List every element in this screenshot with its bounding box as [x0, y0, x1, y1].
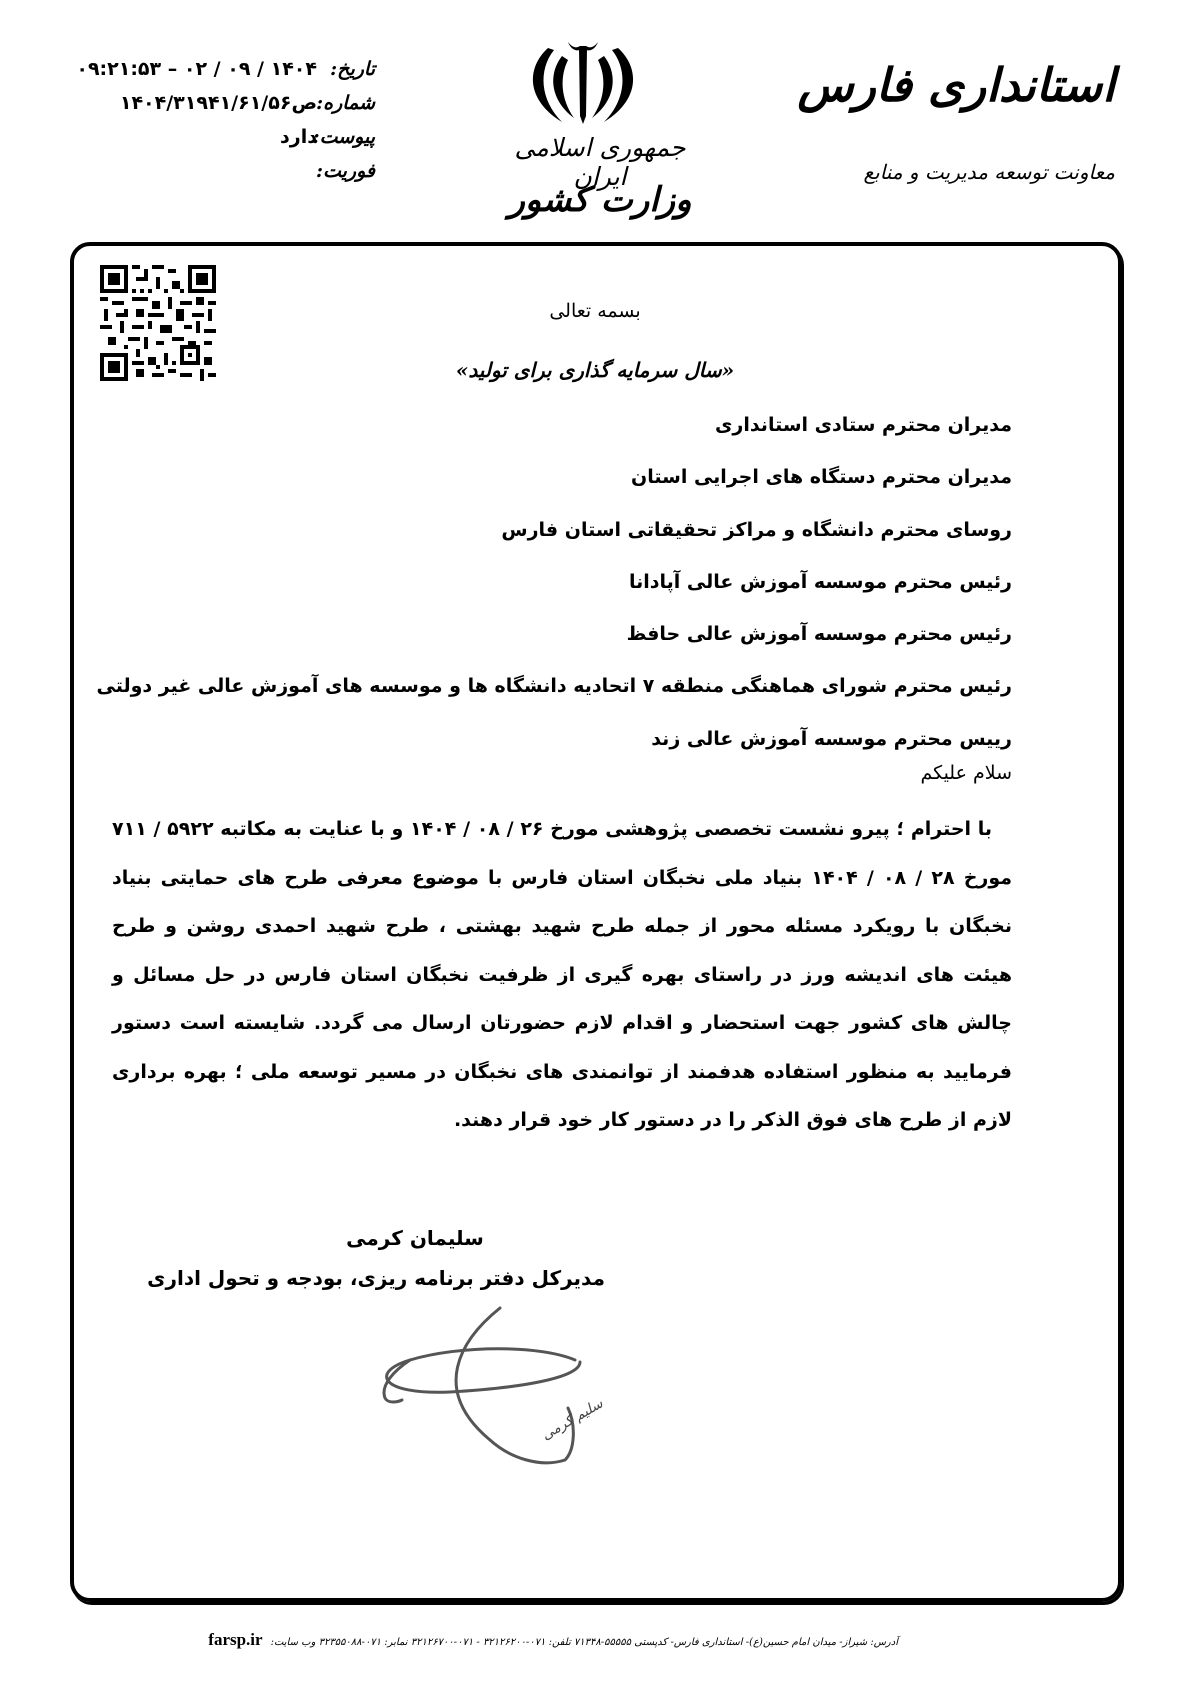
footer-address: آدرس: شیراز- میدان امام حسین(ع)- استاندا…	[271, 1637, 898, 1648]
meta-number: شماره: ص۱۴۰۴/۳۱۹۴۱/۶۱/۵۶	[30, 92, 375, 126]
attachment-label: پیوست:	[317, 126, 375, 148]
qr-code-icon[interactable]	[100, 265, 216, 381]
meta-attachment: پیوست: دارد	[30, 126, 375, 160]
letter-body: با احترام ؛ پیرو نشست تخصصی پژوهشی مورخ …	[112, 805, 1012, 1145]
date-label: تاریخ:	[317, 58, 375, 80]
meta-urgency: فوریت:	[30, 160, 375, 194]
year-slogan: «سال سرمایه گذاری برای تولید»	[430, 358, 760, 382]
number-value: ص۱۴۰۴/۳۱۹۴۱/۶۱/۵۶	[120, 92, 317, 114]
ministry-name: وزارت کشور	[500, 180, 700, 220]
recipient-item: روسای محترم دانشگاه و مراکز تحقیقاتی است…	[172, 515, 1012, 567]
date-value: ۱۴۰۴ / ۰۹ / ۰۲ – ۰۹:۲۱:۵۳	[76, 58, 317, 80]
attachment-value: دارد	[280, 126, 317, 148]
recipient-item: مدیران محترم ستادی استانداری	[172, 410, 1012, 462]
recipient-item: رییس محترم موسسه آموزش عالی زند	[172, 724, 1012, 776]
footer: آدرس: شیراز- میدان امام حسین(ع)- استاندا…	[258, 1630, 898, 1650]
website-link[interactable]: farsp.ir	[208, 1630, 262, 1650]
organization-title: استانداری فارس	[797, 58, 1115, 112]
recipient-list: مدیران محترم ستادی استانداری مدیران محتر…	[172, 410, 1012, 776]
invocation: بسمه تعالی	[450, 300, 740, 322]
recipient-item: رئیس محترم موسسه آموزش عالی آپادانا	[172, 567, 1012, 619]
recipient-item: مدیران محترم دستگاه های اجرایی استان	[172, 462, 1012, 514]
urgency-label: فوریت:	[317, 160, 375, 182]
organization-subtitle: معاونت توسعه مدیریت و منابع	[863, 160, 1115, 184]
body-paragraph: با احترام ؛ پیرو نشست تخصصی پژوهشی مورخ …	[112, 805, 1012, 1145]
recipient-item: رئیس محترم موسسه آموزش عالی حافظ	[172, 619, 1012, 671]
greeting: سلام علیکم	[920, 762, 1012, 784]
signer-name: سلیمان کرمی	[300, 1226, 530, 1250]
iran-emblem-icon	[518, 38, 648, 128]
handwritten-signature-icon: سلیم کرمی	[340, 1300, 610, 1480]
signer-title: مدیرکل دفتر برنامه ریزی، بودجه و تحول اد…	[220, 1266, 605, 1290]
recipient-item: رئیس محترم شورای هماهنگی منطقه ۷ اتحادیه…	[172, 671, 1012, 723]
number-label: شماره:	[317, 92, 375, 114]
meta-date: تاریخ: ۱۴۰۴ / ۰۹ / ۰۲ – ۰۹:۲۱:۵۳	[30, 58, 375, 92]
letter-metadata: تاریخ: ۱۴۰۴ / ۰۹ / ۰۲ – ۰۹:۲۱:۵۳ شماره: …	[30, 58, 375, 194]
